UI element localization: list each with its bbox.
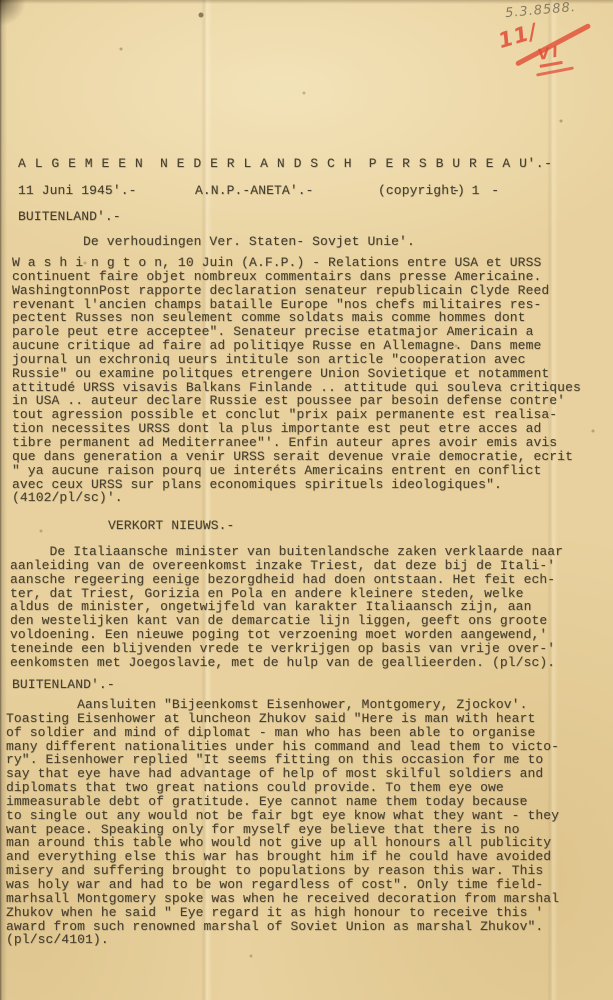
section-heading-buitenland-2: BUITENLAND'.-	[12, 678, 115, 692]
red-crayon-date-mark: 11/ VI	[490, 18, 610, 88]
red-underline-stroke	[536, 66, 574, 76]
article-body-us-sovjet: W a s h i n g t o n, 10 Juin (A.F.P.) - …	[12, 256, 581, 505]
paper-specks	[0, 0, 2, 2]
page-number: - 1 -	[452, 184, 501, 198]
article-title-us-sovjet: De verhoudingen Ver. Staten- Sovjet Unie…	[83, 235, 415, 249]
section-heading-buitenland-1: BUITENLAND'.-	[18, 210, 121, 224]
dateline-agency: A.N.P.-ANETA'.-	[195, 184, 314, 198]
red-date-numerator: 11/	[495, 19, 540, 53]
dateline-date: 11 Juni 1945'.-	[18, 184, 137, 198]
scanned-document-page: 5.3.8588. 11/ VI A L G E M E E N N E D E…	[0, 0, 613, 1000]
agency-masthead: A L G E M E E N N E D E R L A N D S C H …	[18, 157, 552, 171]
article-body-eisenhower: Aansluiten "Bijeenkomst Eisenhower, Mont…	[6, 698, 559, 947]
article-body-verkort-nieuws: De Italiaansche minister van buitenlands…	[10, 545, 563, 670]
section-heading-verkort-nieuws: VERKORT NIEUWS.-	[108, 519, 234, 533]
red-date-denominator: VI	[536, 42, 563, 68]
